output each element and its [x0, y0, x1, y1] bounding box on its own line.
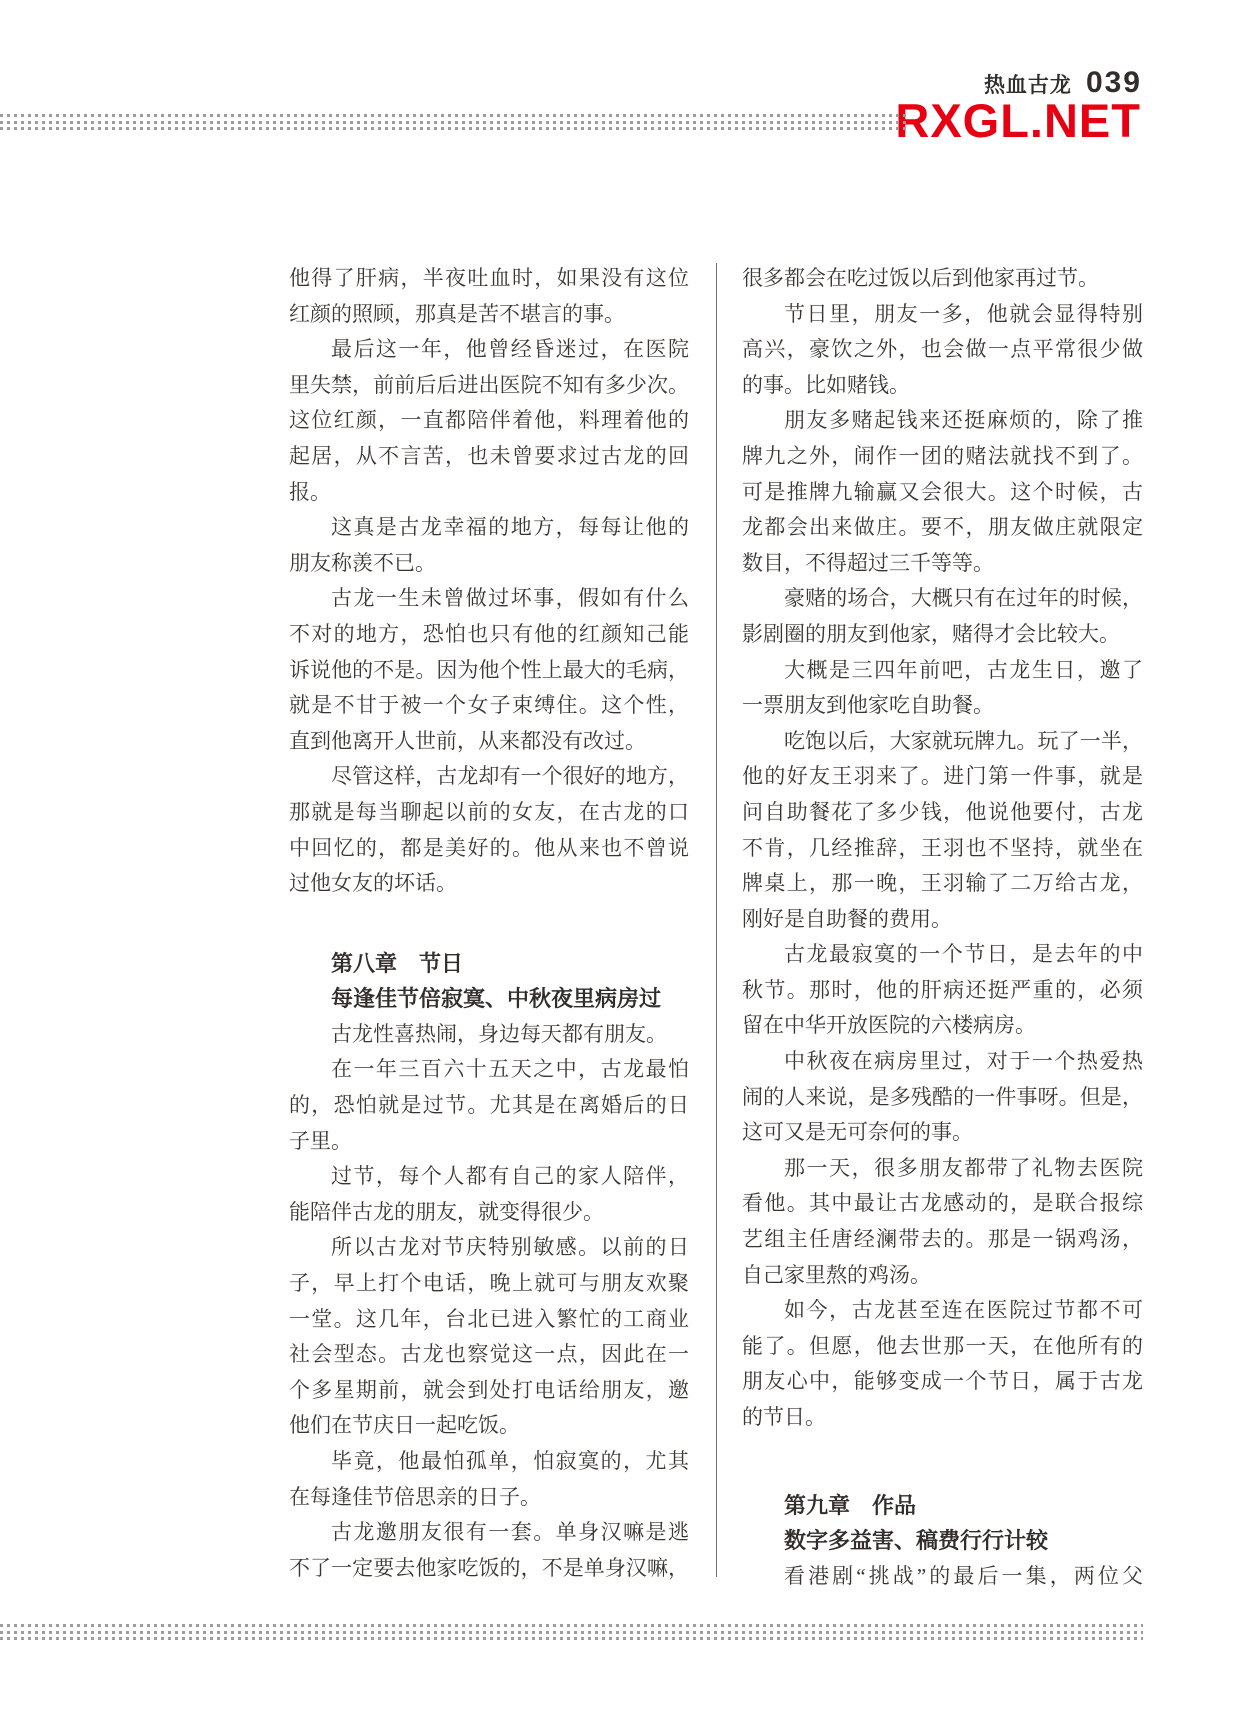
text-line: 子里。: [289, 1124, 689, 1160]
text-line: 中回忆的，都是美好的。他从来也不曾说: [289, 831, 689, 867]
dot-row: [0, 1631, 1143, 1634]
text-line: 那一天，很多朋友都带了礼物去医院: [742, 1151, 1143, 1187]
text-line: 数目，不得超过三千等等。: [742, 546, 1143, 582]
text-line: 就是不甘于被一个女子束缚住。这个性，: [289, 688, 689, 724]
text-line: 朋友多赌起钱来还挺麻烦的，除了推: [742, 403, 1143, 439]
text-line: 如今，古龙甚至连在医院过节都不可: [742, 1293, 1143, 1329]
text-line: 过节，每个人都有自己的家人陪伴，: [289, 1159, 689, 1195]
dot-row: [0, 114, 906, 117]
site-logo: RXGL.NET: [895, 97, 1141, 144]
text-line: 不了一定要去他家吃饭的，不是单身汉嘛，: [289, 1551, 689, 1587]
text-line: 一堂。这几年，台北已进入繁忙的工商业: [289, 1302, 689, 1338]
book-page: 热血古龙 039 RXGL.NET 他得了肝病，半夜吐血时，如果没有这位红颜的照…: [0, 0, 1240, 1712]
text-line: 过他女友的坏话。: [289, 866, 689, 902]
text-line: 一票朋友到他家吃自助餐。: [742, 688, 1143, 724]
text-line: 起居，从不言苦，也未曾要求过古龙的回: [289, 439, 689, 475]
text-line: 中秋夜在病房里过，对于一个热爱热: [742, 1044, 1143, 1080]
dot-row: [0, 1637, 1143, 1640]
text-line: 闹的人来说，是多残酷的一件事呀。但是，: [742, 1080, 1143, 1116]
text-line: 里失禁，前前后后进出医院不知有多少次。: [289, 368, 689, 404]
text-line: 尽管这样，古龙却有一个很好的地方，: [289, 759, 689, 795]
column-left: 他得了肝病，半夜吐血时，如果没有这位红颜的照顾，那真是苦不堪言的事。最后这一年，…: [289, 261, 689, 1586]
text-line: 不肯，几经推辞，王羽也不坚持，就坐在: [742, 831, 1143, 867]
text-line: 这可又是无可奈何的事。: [742, 1115, 1143, 1151]
text-line: 在一年三百六十五天之中，古龙最怕: [289, 1052, 689, 1088]
chapter-subtitle: 数字多益害、稿费行行计较: [742, 1523, 1143, 1559]
text-line: 红颜的照顾，那真是苦不堪言的事。: [289, 297, 689, 333]
text-line: 牌桌上，那一晚，王羽输了二万给古龙，: [742, 866, 1143, 902]
text-line: 古龙一生未曾做过坏事，假如有什么: [289, 581, 689, 617]
text-line: 问自助餐花了多少钱，他说他要付，古龙: [742, 795, 1143, 831]
text-line: 不对的地方，恐怕也只有他的红颜知己能: [289, 617, 689, 653]
dot-row: [0, 127, 906, 130]
text-line: 的，恐怕就是过节。尤其是在离婚后的日: [289, 1088, 689, 1124]
text-line: 看港剧“挑战”的最后一集，两位父: [742, 1559, 1143, 1595]
chapter-heading: 第八章 节日: [289, 946, 689, 982]
text-line: 留在中华开放医院的六楼病房。: [742, 1008, 1143, 1044]
text-line: 刚好是自助餐的费用。: [742, 902, 1143, 938]
text-line: 牌九之外，闹作一团的赌法就找不到了。: [742, 439, 1143, 475]
text-line: 这位红颜，一直都陪伴着他，料理着他的: [289, 403, 689, 439]
text-line: 自己家里熬的鸡汤。: [742, 1258, 1143, 1294]
text-line: 最后这一年，他曾经昏迷过，在医院: [289, 332, 689, 368]
text-line: 看他。其中最让古龙感动的，是联合报综: [742, 1186, 1143, 1222]
text-line: 个多星期前，就会到处打电话给朋友，邀: [289, 1373, 689, 1409]
text-line: 可是推牌九输赢又会很大。这个时候，古: [742, 475, 1143, 511]
text-line: 子，早上打个电话，晚上就可与朋友欢聚: [289, 1266, 689, 1302]
text-line: 艺组主任唐经澜带去的。那是一锅鸡汤，: [742, 1222, 1143, 1258]
chapter-heading: 第九章 作品: [742, 1488, 1143, 1524]
text-line: 龙都会出来做庄。要不，朋友做庄就限定: [742, 510, 1143, 546]
text-line: 古龙邀朋友很有一套。单身汉嘛是逃: [289, 1515, 689, 1551]
text-line: 那就是每当聊起以前的女友，在古龙的口: [289, 795, 689, 831]
text-line: 直到他离开人世前，从来都没有改过。: [289, 724, 689, 760]
text-line: 能了。但愿，他去世那一天，在他所有的: [742, 1329, 1143, 1365]
dot-row: [0, 121, 906, 124]
text-line: 豪赌的场合，大概只有在过年的时候，: [742, 581, 1143, 617]
text-line: 这真是古龙幸福的地方，每每让他的: [289, 510, 689, 546]
text-line: 朋友心中，能够变成一个节日，属于古龙: [742, 1364, 1143, 1400]
column-divider: [716, 263, 717, 1577]
text-line: 在每逢佳节倍思亲的日子。: [289, 1480, 689, 1516]
chapter-subtitle: 每逢佳节倍寂寞、中秋夜里病房过: [289, 981, 689, 1017]
text-line: 秋节。那时，他的肝病还挺严重的，必须: [742, 973, 1143, 1009]
text-line: 吃饱以后，大家就玩牌九。玩了一半，: [742, 724, 1143, 760]
text-line: 很多都会在吃过饭以后到他家再过节。: [742, 261, 1143, 297]
text-line: 的节日。: [742, 1400, 1143, 1436]
text-line: 节日里，朋友一多，他就会显得特别: [742, 297, 1143, 333]
text-line: 他的好友王羽来了。进门第一件事，就是: [742, 759, 1143, 795]
text-line: 古龙最寂寞的一个节日，是去年的中: [742, 937, 1143, 973]
text-line: 毕竟，他最怕孤单，怕寂寞的，尤其: [289, 1444, 689, 1480]
text-line: 能陪伴古龙的朋友，就变得很少。: [289, 1195, 689, 1231]
text-line: 影剧圈的朋友到他家，赌得才会比较大。: [742, 617, 1143, 653]
dot-band-bottom: [0, 1624, 1143, 1644]
text-line: 所以古龙对节庆特别敏感。以前的日: [289, 1230, 689, 1266]
text-line: 朋友称羡不已。: [289, 546, 689, 582]
text-line: 诉说他的不是。因为他个性上最大的毛病，: [289, 653, 689, 689]
text-line: 古龙性喜热闹，身边每天都有朋友。: [289, 1017, 689, 1053]
dot-band-top: [0, 114, 906, 134]
text-line: 社会型态。古龙也察觉这一点，因此在一: [289, 1337, 689, 1373]
text-line: 的事。比如赌钱。: [742, 368, 1143, 404]
text-line: 他们在节庆日一起吃饭。: [289, 1408, 689, 1444]
text-line: 高兴，豪饮之外，也会做一点平常很少做: [742, 332, 1143, 368]
text-line: 报。: [289, 475, 689, 511]
column-right: 很多都会在吃过饭以后到他家再过节。节日里，朋友一多，他就会显得特别高兴，豪饮之外…: [742, 261, 1143, 1594]
dot-row: [0, 1624, 1143, 1627]
text-line: 大概是三四年前吧，古龙生日，邀了: [742, 653, 1143, 689]
text-line: 他得了肝病，半夜吐血时，如果没有这位: [289, 261, 689, 297]
